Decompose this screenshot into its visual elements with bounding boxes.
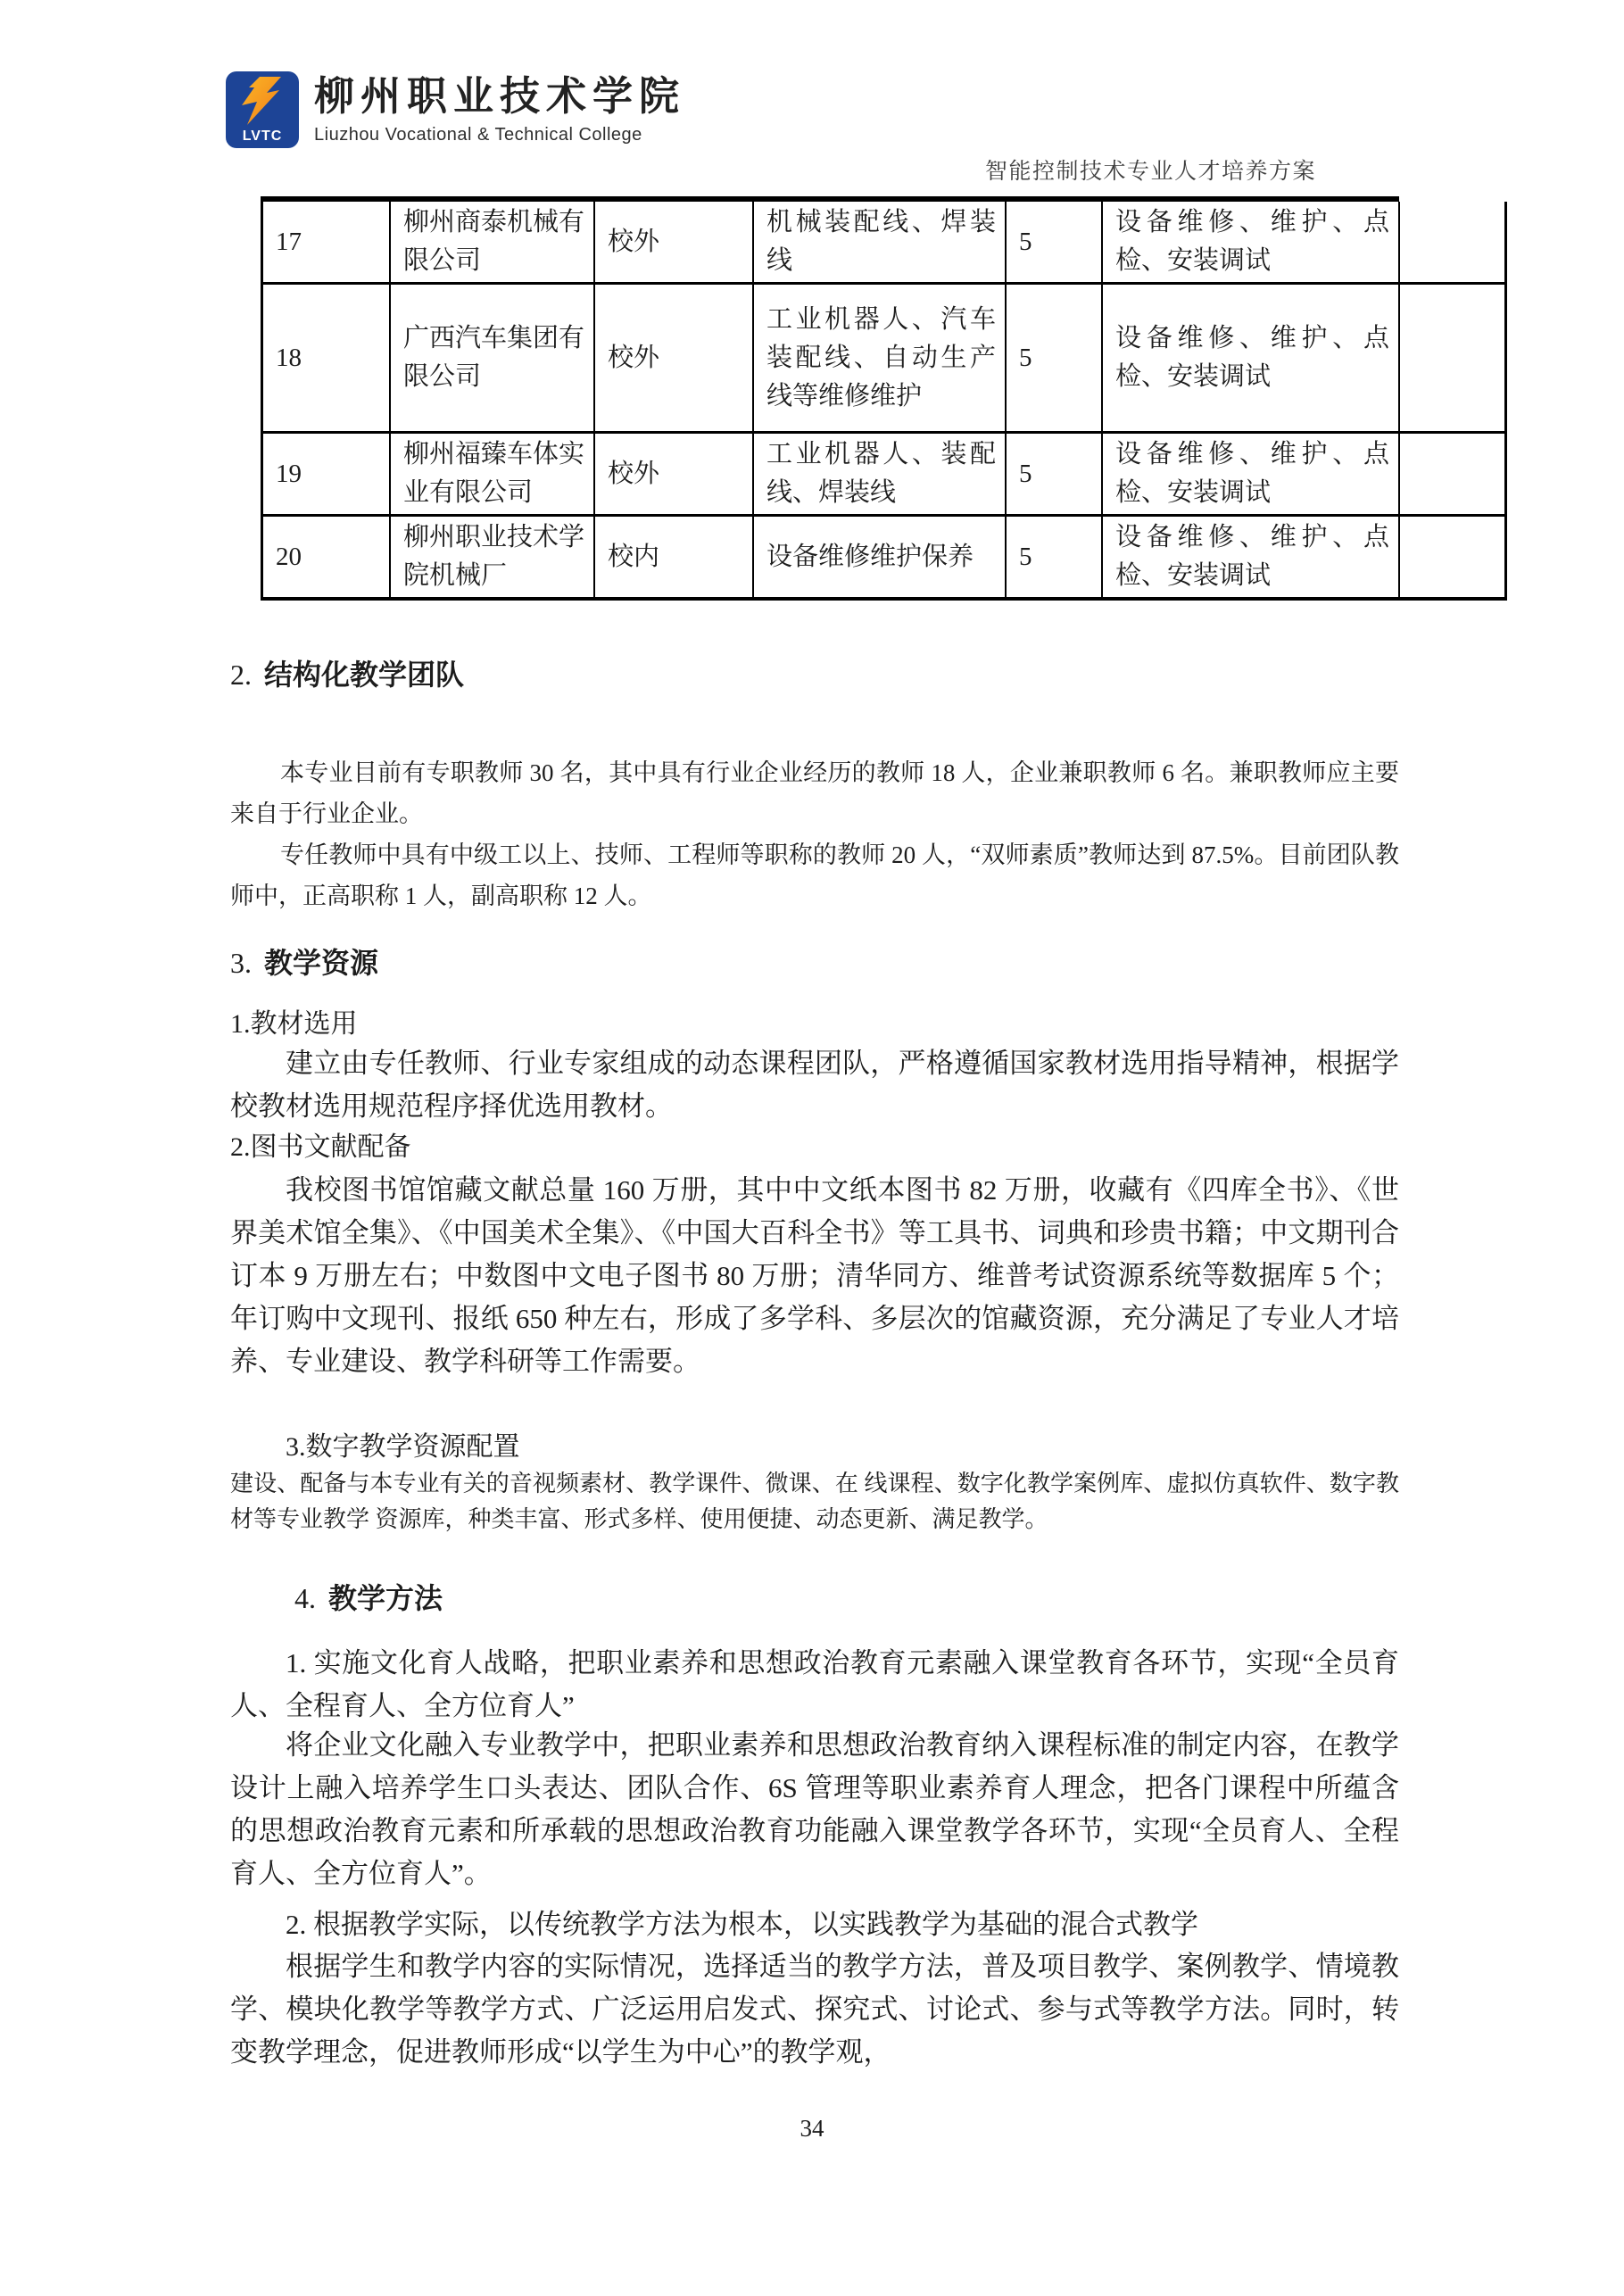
section-4-paragraph-4: 根据学生和教学内容的实际情况，选择适当的教学方法，普及项目教学、案例教学、情境教… <box>230 1945 1399 2074</box>
section-2-number: 2. <box>230 659 252 691</box>
cell-content: 机械装配线、焊装线 <box>754 202 1007 285</box>
page-number: 34 <box>0 2115 1624 2143</box>
section-3-title: 教学资源 <box>264 947 378 979</box>
cell-content: 工业机器人、汽车装配线、自动生产线等维修维护 <box>754 285 1007 434</box>
cell-count: 5 <box>1007 285 1103 434</box>
cell-extra <box>1400 517 1507 601</box>
cell-tasks: 设备维修、维护、点检、安装调试 <box>1103 285 1400 434</box>
cell-location: 校内 <box>595 517 754 601</box>
cell-count: 5 <box>1007 517 1103 601</box>
cell-location: 校外 <box>595 202 754 285</box>
training-base-table: 17 柳州商泰机械有限公司 校外 机械装配线、焊装线 5 设备维修、维护、点检、… <box>261 202 1507 601</box>
section-4-number: 4. <box>294 1582 316 1614</box>
section-3-item-3-paragraph: 建设、配备与本专业有关的音视频素材、教学课件、微课、在 线课程、数字化教学案例库… <box>230 1466 1399 1538</box>
cell-no: 17 <box>263 202 391 285</box>
section-3-item-2-title: 2.图书文献配备 <box>230 1124 1399 1164</box>
cell-extra <box>1400 202 1507 285</box>
cell-count: 5 <box>1007 202 1103 285</box>
college-name-chinese: 柳州职业技术学院 <box>314 77 685 117</box>
cell-location: 校外 <box>595 434 754 517</box>
section-4-paragraph-3: 2. 根据教学实际，以传统教学方法为根本，以实践教学为基础的混合式教学 <box>230 1903 1399 1946</box>
cell-content: 工业机器人、装配线、焊装线 <box>754 434 1007 517</box>
section-2-heading: 2.结构化教学团队 <box>230 652 1399 693</box>
cell-tasks: 设备维修、维护、点检、安装调试 <box>1103 434 1400 517</box>
cell-tasks: 设备维修、维护、点检、安装调试 <box>1103 202 1400 285</box>
section-3-item-1-title: 1.教材选用 <box>230 1001 1399 1040</box>
section-2-paragraph-2: 专任教师中具有中级工以上、技师、工程师等职称的教师 20 人，“双师素质”教师达… <box>230 834 1399 916</box>
section-3-heading: 3.教学资源 <box>230 941 1399 982</box>
college-logo: LVTC <box>226 71 299 148</box>
table-row: 18 广西汽车集团有限公司 校外 工业机器人、汽车装配线、自动生产线等维修维护 … <box>263 285 1507 434</box>
lvtc-bolt-icon <box>233 75 292 127</box>
section-3-item-2-paragraph: 我校图书馆馆藏文献总量 160 万册，其中中文纸本图书 82 万册，收藏有《四库… <box>230 1169 1399 1383</box>
logo-abbr-text: LVTC <box>243 129 283 144</box>
cell-tasks: 设备维修、维护、点检、安装调试 <box>1103 517 1400 601</box>
section-4-paragraph-2: 将企业文化融入专业教学中，把职业素养和思想政治教育纳入课程标准的制定内容，在教学… <box>230 1724 1399 1895</box>
cell-company: 柳州职业技术学院机械厂 <box>391 517 595 601</box>
college-name-english: Liuzhou Vocational & Technical College <box>314 125 642 145</box>
section-3-number: 3. <box>230 947 252 979</box>
table-row: 19 柳州福臻车体实业有限公司 校外 工业机器人、装配线、焊装线 5 设备维修、… <box>263 434 1507 517</box>
cell-content: 设备维修维护保养 <box>754 517 1007 601</box>
section-2-paragraph-1: 本专业目前有专职教师 30 名，其中具有行业企业经历的教师 18 人，企业兼职教… <box>230 752 1399 834</box>
cell-count: 5 <box>1007 434 1103 517</box>
cell-extra <box>1400 285 1507 434</box>
cell-extra <box>1400 434 1507 517</box>
cell-company: 广西汽车集团有限公司 <box>391 285 595 434</box>
section-2-title: 结构化教学团队 <box>264 659 464 691</box>
section-4-paragraph-1: 1. 实施文化育人战略，把职业素养和思想政治教育元素融入课堂教育各环节，实现“全… <box>230 1642 1399 1728</box>
cell-no: 20 <box>263 517 391 601</box>
section-4-title: 教学方法 <box>328 1582 443 1614</box>
document-page: LVTC 柳州职业技术学院 Liuzhou Vocational & Techn… <box>0 0 1624 2296</box>
section-3-item-3-title: 3.数字教学资源配置 <box>230 1424 1454 1463</box>
section-4-heading: 4.教学方法 <box>230 1576 1463 1617</box>
document-header-title: 智能控制技术专业人才培养方案 <box>803 153 1316 186</box>
section-3-item-1-paragraph: 建立由专任教师、行业专家组成的动态课程团队，严格遵循国家教材选用指导精神，根据学… <box>230 1042 1399 1128</box>
cell-company: 柳州福臻车体实业有限公司 <box>391 434 595 517</box>
table-row: 17 柳州商泰机械有限公司 校外 机械装配线、焊装线 5 设备维修、维护、点检、… <box>263 202 1507 285</box>
cell-location: 校外 <box>595 285 754 434</box>
cell-company: 柳州商泰机械有限公司 <box>391 202 595 285</box>
cell-no: 18 <box>263 285 391 434</box>
cell-no: 19 <box>263 434 391 517</box>
table-row: 20 柳州职业技术学院机械厂 校内 设备维修维护保养 5 设备维修、维护、点检、… <box>263 517 1507 601</box>
